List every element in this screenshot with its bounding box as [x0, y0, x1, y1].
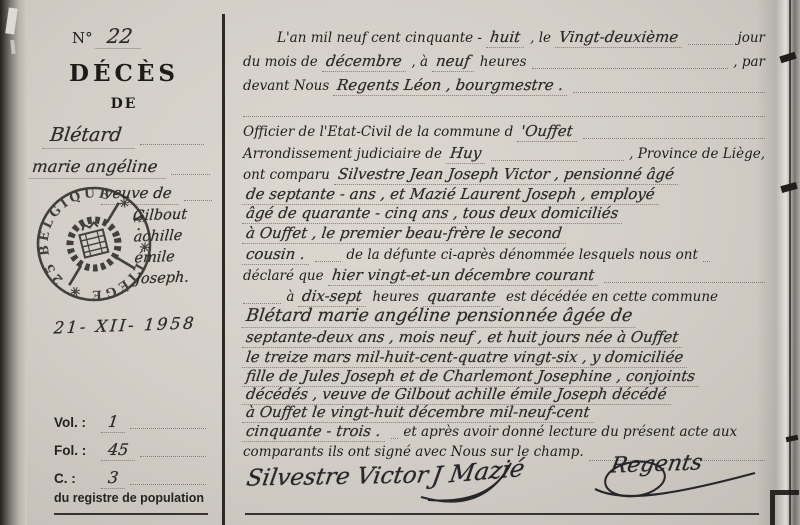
printed-text: comparants ils ont signé avec Nous sur l… [243, 444, 584, 460]
case-row: C. : 3 [54, 468, 206, 489]
signature-silvestre: Silvestre Victor [245, 462, 430, 491]
margin-date-annotation: 21- XII- 1958 [54, 316, 196, 335]
body-line-9: âgé de quarante - cinq ans , tous deux d… [243, 204, 765, 225]
handwritten-text: à Ouffet le vingt-huit décembre mil-neuf… [242, 403, 596, 423]
handwritten-text: de septante - ans , et Mazié Laurent Jos… [242, 185, 661, 205]
handwritten-text: le treize mars mil-huit-cent-quatre ving… [242, 348, 690, 368]
body-line-3: devant NousRegents Léon , bourgmestre . [243, 76, 765, 97]
dotted-rule [171, 173, 210, 175]
body-line-1: L'an mil neuf cent cinquante -huit, leVi… [243, 28, 765, 49]
handwritten-text: neuf [432, 52, 476, 72]
handwritten-text: cinquante - trois . [242, 422, 387, 442]
handwritten-text: fille de Jules Joseph et de Charlemont J… [242, 367, 701, 387]
handwritten-text: Huy [446, 144, 488, 164]
body-line-8: de septante - ans , et Mazié Laurent Jos… [243, 185, 765, 206]
body-line-12: déclaré quehier vingt-et-un décembre cou… [243, 266, 765, 287]
act-title: DÉCÈS [30, 60, 218, 87]
body-line-11: cousin .de la défunte ci-après dénommée … [243, 245, 765, 266]
printed-text: et après avoir donné lecture du présent … [403, 424, 737, 440]
printed-text: déclaré que [243, 268, 324, 284]
page-curl-edge [756, 0, 800, 525]
dotted-rule [491, 159, 624, 161]
dotted-rule [243, 302, 281, 304]
book-binding-edge [0, 0, 27, 525]
dotted-rule [140, 143, 205, 145]
corner-registration-mark [770, 490, 799, 525]
margin-column: N° 22 DÉCÈS DE Blétard marie angéline ve… [30, 0, 218, 525]
handwritten-text: huit [486, 28, 527, 48]
volume-label: Vol. : [54, 415, 98, 430]
handwritten-text: dix-sept [298, 287, 368, 307]
printed-text: Arrondissement judiciaire de [243, 146, 442, 162]
dotted-rule [130, 483, 206, 485]
dotted-rule [703, 260, 710, 262]
dotted-rule [243, 115, 765, 117]
column-divider-line [222, 14, 225, 525]
printed-text: , le [530, 30, 551, 46]
act-number-row: N° 22 [72, 24, 202, 49]
body-line-15: septante-deux ans , mois neuf , et huit … [243, 328, 765, 349]
body-line-20: cinquante - trois .et après avoir donné … [243, 422, 765, 443]
printed-text: de la défunte ci-après dénommée lesquels… [346, 247, 698, 263]
stamp-ring-text: BELGIQUE ✳ F. ✳ LIÈGE ✳ 25 ✳ [19, 169, 165, 318]
act-number-value: 22 [95, 24, 144, 49]
act-bottom-rule [245, 513, 759, 515]
case-label: C. : [54, 471, 98, 486]
printed-text: Officier de l'Etat-Civil de la commune d [243, 124, 513, 140]
death-certificate-scan: N° 22 DÉCÈS DE Blétard marie angéline ve… [0, 0, 800, 525]
deceased-surname: Blétard [42, 124, 137, 149]
dotted-rule [315, 260, 342, 262]
handwritten-text: décembre [322, 52, 408, 72]
printed-text: ont comparu [243, 167, 330, 183]
handwritten-text: à Ouffet , le premier beau-frère le seco… [242, 224, 568, 244]
case-value: 3 [101, 468, 128, 489]
printed-text: heures [372, 289, 419, 305]
dotted-rule [532, 67, 729, 69]
body-line-7: ont comparuSilvestre Jean Joseph Victor … [243, 165, 765, 186]
margin-date-text: 21- XII- 1958 [53, 314, 197, 338]
handwritten-text: 'Ouffet [517, 122, 579, 142]
printed-text: , Province de Liège, [629, 146, 765, 162]
page-crease-line [789, 0, 791, 525]
dotted-rule [391, 437, 399, 439]
handwritten-text: Silvestre Jean Joseph Victor , pensionné… [334, 165, 680, 185]
dotted-rule [184, 199, 212, 201]
body-line-10: à Ouffet , le premier beau-frère le seco… [243, 224, 765, 245]
handwritten-text: décédés , veuve de Gilbout achille émile… [242, 385, 673, 405]
volume-value: 1 [101, 412, 128, 433]
dotted-rule [140, 455, 206, 457]
printed-text: devant Nous [243, 78, 329, 94]
act-body: L'an mil neuf cent cinquante -huit, leVi… [243, 0, 771, 525]
handwritten-text: hier vingt-et-un décembre courant [327, 266, 600, 286]
printed-text: du mois de [243, 54, 318, 70]
printed-text: est décédée en cette commune [506, 289, 718, 305]
handwritten-text: cousin . [242, 245, 311, 265]
dotted-rule [688, 43, 732, 45]
body-line-5: Officier de l'Etat-Civil de la commune d… [243, 122, 765, 143]
volume-row: Vol. : 1 [54, 412, 206, 433]
act-number-label: N° [72, 29, 93, 47]
body-line-19: à Ouffet le vingt-huit décembre mil-neuf… [243, 403, 765, 424]
paper-chip [5, 8, 18, 35]
dotted-rule [583, 137, 765, 139]
printed-text: à [286, 289, 294, 305]
body-line-14: Blétard marie angéline pensionnée âgée d… [243, 306, 765, 327]
folio-value: 45 [101, 440, 138, 461]
signature-bourgmestre: Regents [608, 450, 704, 478]
body-line-6: Arrondissement judiciaire deHuy, Provinc… [243, 144, 765, 165]
handwritten-text: septante-deux ans , mois neuf , et huit … [242, 328, 685, 348]
deceased-surname-row: Blétard [44, 124, 204, 149]
body-line-16: le treize mars mil-huit-cent-quatre ving… [243, 348, 765, 369]
dotted-rule [573, 91, 765, 93]
folio-label: Fol. : [54, 443, 98, 458]
printed-text: , à [411, 54, 428, 70]
handwritten-text: Blétard marie angéline pensionnée âgée d… [242, 306, 639, 328]
folio-row: Fol. : 45 [54, 440, 206, 461]
deceased-firstnames: marie angéline [29, 157, 169, 179]
register-note: du registre de population [54, 491, 204, 505]
svg-text:BELGIQUE ✳ F. ✳ LIÈGE ✳ 25 ✳: BELGIQUE ✳ F. ✳ LIÈGE ✳ 25 ✳ [19, 169, 165, 318]
handwritten-text: âgé de quarante - cinq ans , tous deux d… [242, 204, 625, 224]
handwritten-text: quarante [423, 287, 502, 307]
margin-bottom-rule [54, 513, 208, 515]
printed-text: heures [480, 54, 527, 70]
paper-chip [10, 40, 15, 54]
handwritten-text: Regents Léon , bourgmestre . [333, 76, 570, 96]
body-line-4 [243, 100, 765, 121]
dotted-rule [130, 427, 206, 429]
act-title-of: DE [30, 96, 218, 112]
body-line-2: du mois dedécembre, àneufheures, par [243, 52, 765, 73]
body-line-13: àdix-septheuresquaranteest décédée en ce… [243, 287, 765, 308]
dotted-rule [604, 281, 765, 283]
handwritten-text: Vingt-deuxième [555, 28, 685, 48]
stamp-coat-of-arms [77, 221, 108, 258]
printed-text: L'an mil neuf cent cinquante - [277, 30, 482, 46]
